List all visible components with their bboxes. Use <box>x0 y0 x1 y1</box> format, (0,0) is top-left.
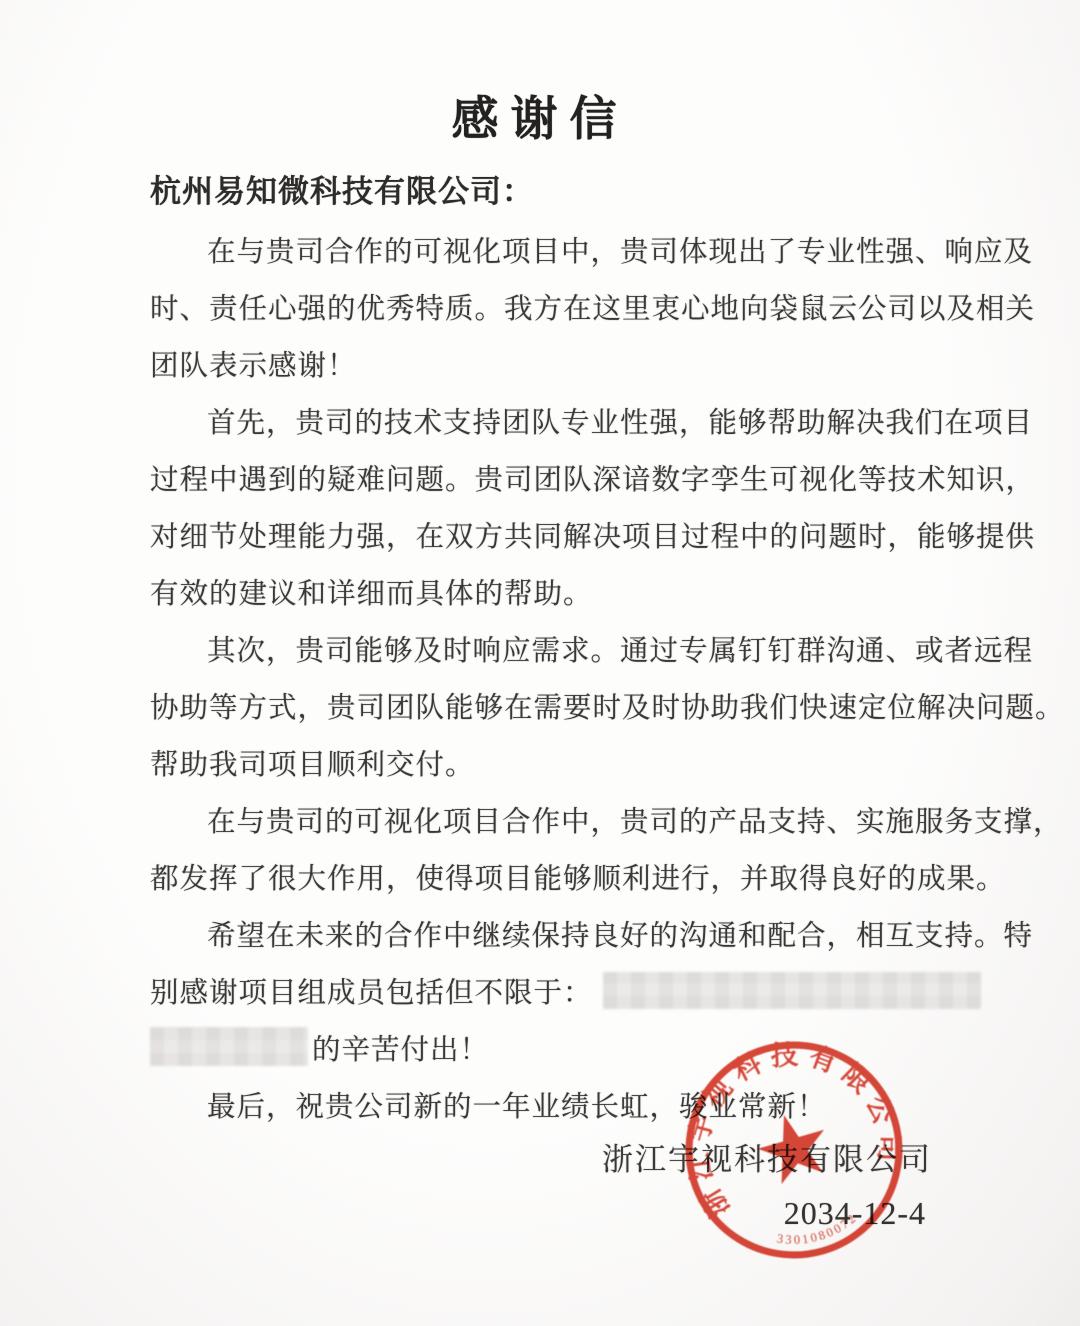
letter-line: 协助等方式，贵司团队能够在需要时及时协助我们快速定位解决问题。 <box>150 680 942 737</box>
letter-line: 有效的建议和详细而具体的帮助。 <box>150 566 942 623</box>
company-seal-stamp: 浙江宇视科技有限公司 3301080072 <box>680 1036 908 1264</box>
redaction-blur <box>603 972 981 1009</box>
letter-line: 都发挥了很大作用，使得项目能够顺利进行，并取得良好的成果。 <box>150 851 942 908</box>
letter-line: 过程中遇到的疑难问题。贵司团队深谙数字孪生可视化等技术知识， <box>150 452 942 509</box>
letter-line: 其次，贵司能够及时响应需求。通过专属钉钉群沟通、或者远程 <box>150 623 942 680</box>
letter-line: 团队表示感谢！ <box>150 338 942 395</box>
seal-serial-number: 3301080072 <box>772 1209 863 1256</box>
letter-line: 时、责任心强的优秀特质。我方在这里衷心地向袋鼠云公司以及相关 <box>150 281 942 338</box>
letter-line: 在与贵司的可视化项目合作中，贵司的产品支持、实施服务支撑， <box>150 794 942 851</box>
letter-page: 感谢信 杭州易知微科技有限公司： 在与贵司合作的可视化项目中，贵司体现出了专业性… <box>0 0 1080 1326</box>
letter-line: 帮助我司项目顺利交付。 <box>150 737 942 794</box>
letter-line: 在与贵司合作的可视化项目中，贵司体现出了专业性强、响应及 <box>150 224 942 281</box>
letter-title: 感谢信 <box>0 82 1080 149</box>
letter-body: 在与贵司合作的可视化项目中，贵司体现出了专业性强、响应及 时、责任心强的优秀特质… <box>150 224 942 1136</box>
letter-line: 首先，贵司的技术支持团队专业性强，能够帮助解决我们在项目 <box>150 395 942 452</box>
letter-line-text: 的辛苦付出！ <box>312 1035 489 1066</box>
letter-line-text: 别感谢项目组成员包括但不限于： <box>150 978 593 1009</box>
letter-line: 希望在未来的合作中继续保持良好的沟通和配合，相互支持。特 <box>150 908 942 965</box>
seal-star-icon <box>751 1106 835 1188</box>
letter-line: 别感谢项目组成员包括但不限于： <box>150 965 942 1022</box>
letter-salutation: 杭州易知微科技有限公司： <box>150 166 534 211</box>
redaction-blur <box>150 1027 308 1066</box>
letter-line: 对细节处理能力强，在双方共同解决项目过程中的问题时，能够提供 <box>150 509 942 566</box>
